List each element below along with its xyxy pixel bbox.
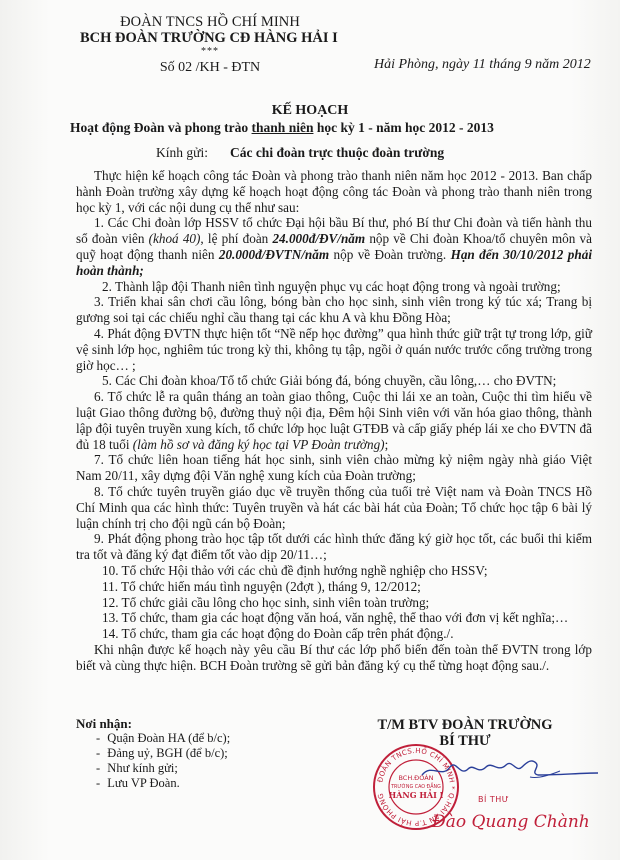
- place-date: Hải Phòng, ngày 11 tháng 9 năm 2012: [374, 57, 591, 73]
- org-line-2: BCH ĐOÀN TRƯỜNG CĐ HÀNG HẢI I: [80, 30, 330, 46]
- plan-item-12: 12. Tổ chức giải cầu lông cho học sinh, …: [76, 595, 592, 611]
- recipient-item: Như kính gửi;: [96, 761, 230, 776]
- stars-separator: ***: [90, 46, 330, 58]
- subtitle-underlined: thanh niên: [252, 120, 314, 135]
- recipients-list: Quận Đoàn HA (để b/c); Đảng uỷ, BGH (để …: [76, 731, 230, 791]
- subtitle-part-1: Hoạt động Đoàn và phong trào: [70, 120, 252, 135]
- addressee-label: Kính gửi:: [156, 145, 208, 160]
- plan-item-6: 6. Tổ chức lễ ra quân tháng an toàn giao…: [76, 389, 592, 452]
- signature-role-stamp: BÍ THƯ: [478, 795, 509, 804]
- plan-item-13: 13. Tổ chức, tham gia các hoạt động văn …: [76, 610, 592, 626]
- plan-item-10: 10. Tổ chức Hội thảo với các chủ đề định…: [76, 563, 592, 579]
- addressee: Kính gửi:Các chi đoàn trực thuộc đoàn tr…: [156, 145, 444, 161]
- handwritten-signature-icon: [420, 755, 600, 785]
- intro-paragraph: Thực hiện kế hoạch công tác Đoàn và phon…: [76, 168, 592, 215]
- stamp-center-line-3: HÀNG HẢI I: [389, 790, 444, 800]
- plan-item-8: 8. Tổ chức tuyên truyền giáo dục về truy…: [76, 484, 592, 531]
- closing-paragraph: Khi nhận được kế hoạch này yêu cầu Bí th…: [76, 642, 592, 674]
- document-subtitle: Hoạt động Đoàn và phong trào thanh niên …: [70, 120, 494, 136]
- document-title: KẾ HOẠCH: [0, 103, 620, 119]
- plan-item-3: 3. Triển khai sân chơi cầu lông, bóng bà…: [76, 294, 592, 326]
- plan-item-9: 9. Phát động phong trào học tập tốt dưới…: [76, 531, 592, 563]
- recipients-block: Nơi nhận: Quận Đoàn HA (để b/c); Đảng uỷ…: [76, 716, 230, 791]
- plan-item-2: 2. Thành lập đội Thanh niên tình nguyện …: [76, 279, 592, 295]
- issuing-organization-block: ĐOÀN TNCS HỒ CHÍ MINH BCH ĐOÀN TRƯỜNG CĐ…: [90, 14, 330, 76]
- document-number: Số 02 /KH - ĐTN: [90, 60, 330, 76]
- recipients-heading: Nơi nhận:: [76, 716, 230, 731]
- plan-item-7: 7. Tổ chức liên hoan tiếng hát học sinh,…: [76, 452, 592, 484]
- plan-item-1: 1. Các Chi đoàn lớp HSSV tổ chức Đại hội…: [76, 215, 592, 278]
- document-body: Thực hiện kế hoạch công tác Đoàn và phon…: [76, 168, 592, 674]
- recipient-item: Lưu VP Đoàn.: [96, 776, 230, 791]
- plan-item-14: 14. Tổ chức, tham gia các hoạt động do Đ…: [76, 626, 592, 642]
- signature-on-behalf: T/M BTV ĐOÀN TRƯỜNG: [340, 717, 590, 733]
- signatory-name: Đào Quang Chành: [432, 812, 590, 832]
- document-page: ĐOÀN TNCS HỒ CHÍ MINH BCH ĐOÀN TRƯỜNG CĐ…: [0, 0, 620, 860]
- addressee-value: Các chi đoàn trực thuộc đoàn trường: [230, 145, 444, 160]
- plan-item-4: 4. Phát động ĐVTN thực hiện tốt “Nề nếp …: [76, 326, 592, 373]
- plan-item-11: 11. Tổ chức hiến máu tình nguyện (2đợt )…: [76, 579, 592, 595]
- recipient-item: Đảng uỷ, BGH (để b/c);: [96, 746, 230, 761]
- org-line-1: ĐOÀN TNCS HỒ CHÍ MINH: [90, 14, 330, 30]
- recipient-item: Quận Đoàn HA (để b/c);: [96, 731, 230, 746]
- subtitle-part-2: học kỳ 1 - năm học 2012 - 2013: [313, 120, 493, 135]
- plan-item-5: 5. Các Chi đoàn khoa/Tổ tổ chức Giải bón…: [76, 373, 592, 389]
